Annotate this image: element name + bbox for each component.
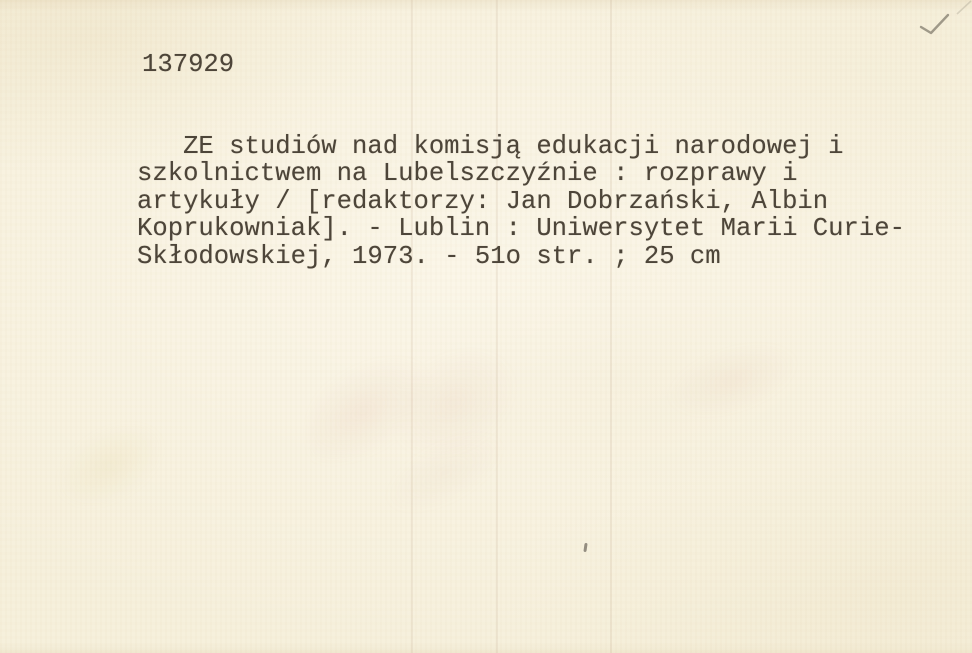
paper-line (496, 0, 498, 653)
catalog-card: 137929 ZE studiów nad komisją edukacji n… (0, 0, 972, 653)
ink-ghost-smudge (274, 277, 556, 539)
entry-line: ZE studiów nad komisją edukacji narodowe… (137, 133, 905, 160)
entry-line: Skłodowskiej, 1973. - 51o str. ; 25 cm (137, 243, 905, 270)
entry-line: artykuły / [redaktorzy: Jan Dobrzański, … (137, 188, 905, 215)
paper-line (610, 0, 612, 653)
ink-ghost-smudge (350, 395, 540, 550)
paper-texture (0, 0, 972, 653)
entry-line: Koprukowniak]. - Lublin : Uniwersytet Ma… (137, 215, 905, 242)
entry-line: szkolnictwem na Lubelszczyźnie : rozpraw… (137, 160, 905, 187)
ink-speck (583, 543, 587, 552)
ink-ghost-smudge (20, 384, 200, 546)
paper-line (411, 0, 413, 653)
ink-ghost-smudge (635, 310, 829, 450)
bibliographic-entry: ZE studiów nad komisją edukacji narodowe… (137, 133, 905, 270)
checkmark-icon (0, 0, 972, 653)
catalog-number: 137929 (142, 52, 234, 78)
